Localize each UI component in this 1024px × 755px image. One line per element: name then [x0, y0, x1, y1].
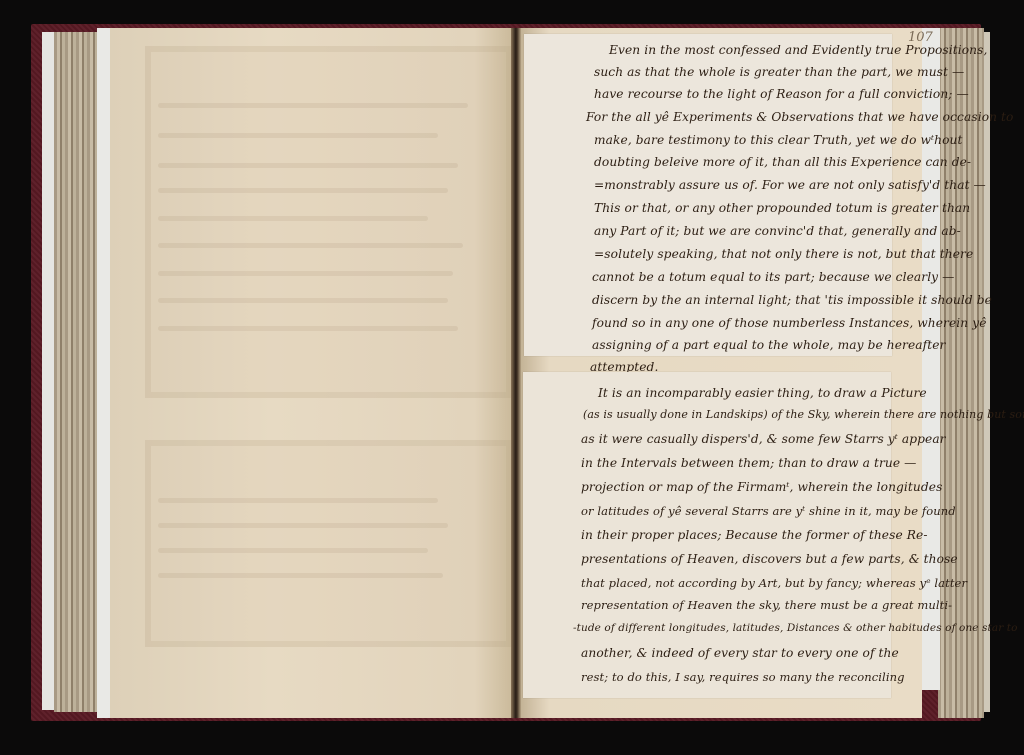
right-page-edges — [938, 28, 984, 718]
left-flyleaf-strip — [42, 32, 54, 710]
bleed-line — [158, 188, 448, 193]
slip-2-line: representation of Heaven the sky, there … — [581, 598, 952, 612]
bleed-line — [158, 133, 438, 138]
slip-1-line: assigning of a part equal to the whole, … — [592, 338, 945, 352]
white-guard-left — [97, 28, 110, 718]
slip-2-line: rest; to do this, I say, requires so man… — [581, 670, 905, 684]
slip-1-line: cannot be a totum equal to its part; bec… — [592, 270, 954, 284]
bleed-line — [158, 298, 448, 303]
bleed-line — [158, 216, 428, 221]
slip-2-line: presentations of Heaven, discovers but a… — [581, 552, 958, 566]
bleed-line — [158, 498, 438, 503]
slip-1-line: have recourse to the light of Reason for… — [594, 87, 969, 101]
slip-2-line: It is an incomparably easier thing, to d… — [598, 386, 927, 400]
bleed-through-box-upper — [145, 46, 512, 398]
slip-1-line: For the all yê Experiments & Observation… — [586, 110, 1013, 124]
bleed-line — [158, 548, 428, 553]
slip-1-line: doubting beleive more of it, than all th… — [594, 155, 971, 169]
bleed-through-box-lower — [145, 440, 512, 647]
pasted-slip-1: Even in the most confessed and Evidently… — [524, 34, 892, 356]
slip-1-line: discern by the an internal light; that '… — [592, 293, 992, 307]
slip-1-line: =monstrably assure us of. For we are not… — [594, 178, 986, 192]
bleed-line — [158, 243, 463, 248]
slip-1-line: This or that, or any other propounded to… — [594, 201, 970, 215]
bleed-line — [158, 163, 458, 168]
slip-2-line: in their proper places; Because the form… — [581, 528, 928, 542]
slip-2-line: (as is usually done in Landskips) of the… — [583, 408, 1024, 421]
bleed-line — [158, 271, 453, 276]
slip-2-line: that placed, not according by Art, but b… — [581, 576, 967, 590]
slip-1-line: any Part of it; but we are convinc'd tha… — [594, 224, 961, 238]
bleed-line — [158, 103, 468, 108]
left-page — [110, 28, 515, 718]
book-gutter — [511, 28, 521, 718]
right-flyleaf-strip — [984, 32, 990, 712]
slip-2-line: -tude of different longitudes, latitudes… — [573, 622, 1018, 634]
slip-1-line: such as that the whole is greater than t… — [594, 65, 964, 79]
slip-2-line: as it were casually dispers'd, & some fe… — [581, 432, 946, 446]
bleed-line — [158, 573, 443, 578]
slip-2-line: or latitudes of yê several Starrs are yᵗ… — [581, 504, 956, 518]
slip-2-line: in the Intervals between them; than to d… — [581, 456, 916, 470]
bleed-line — [158, 326, 458, 331]
slip-2-line: projection or map of the Firmamᵗ, wherei… — [581, 480, 942, 494]
slip-1-line: =solutely speaking, that not only there … — [594, 247, 973, 261]
bleed-line — [158, 523, 448, 528]
slip-1-line: Even in the most confessed and Evidently… — [609, 43, 987, 57]
slip-1-line: found so in any one of those numberless … — [592, 316, 987, 330]
white-guard-right — [922, 28, 940, 690]
slip-1-line: make, bare testimony to this clear Truth… — [594, 133, 962, 147]
slip-2-line: another, & indeed of every star to every… — [581, 646, 899, 660]
pasted-slip-2: It is an incomparably easier thing, to d… — [523, 372, 891, 698]
